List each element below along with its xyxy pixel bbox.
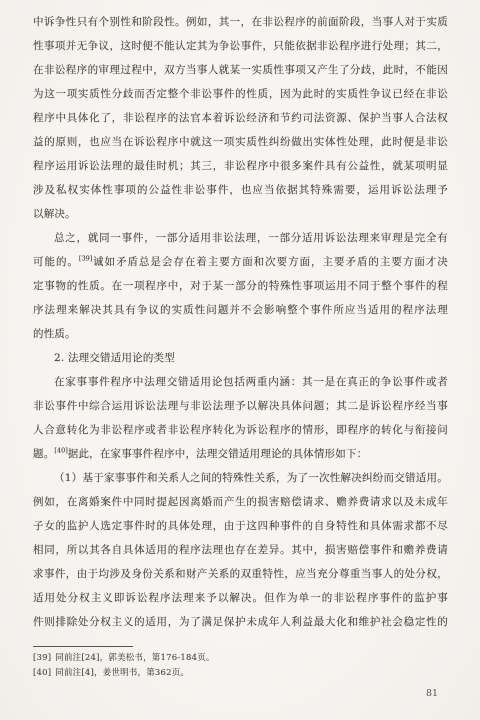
footnote-separator [33, 646, 133, 647]
footnote: [39]同前注[24]，郭美松书，第176-184页。 [33, 651, 448, 666]
text-line: 中诉争性只有个别性和阶段性。例如，其一，在非讼程序的前面阶段，当事人对于实质 [33, 10, 448, 34]
text-line: 程序中具体化了，非讼程序的法官本着诉讼经济和节约司法资源、保护当事人合法权 [33, 106, 448, 130]
text-line: 求事件，由于均涉及身份关系和财产关系的双重特性，应当充分尊重当事人的处分权， [33, 562, 448, 586]
text-line: 总之，就同一事件，一部分适用非讼法理，一部分适用诉讼法理来审理是完全有 [33, 226, 448, 250]
body-text: 中诉争性只有个别性和阶段性。例如，其一，在非讼程序的前面阶段，当事人对于实质性事… [33, 10, 448, 634]
text-line: 以解决。 [33, 202, 448, 226]
text-line: 在非讼程序的审理过程中，双方当事人就某一实质性事项又产生了分歧，此时，不能因 [33, 58, 448, 82]
text-line: 件则排除处分权主义的适用，为了满足保护未成年人利益最大化和维护社会稳定性的 [33, 610, 448, 634]
text-line: 性事项并无争议，这时便不能认定其为争讼事件，只能依据非讼程序进行处理；其二， [33, 34, 448, 58]
text-line: 程序运用诉讼法理的最佳时机；其三，非讼程序中很多案件具有公益性，就某项明显 [33, 154, 448, 178]
text-line: 适用处分权主义即诉讼程序法理来予以解决。但作为单一的非讼程序事件的监护事 [33, 586, 448, 610]
section-heading: 2. 法理交错适用论的类型 [33, 346, 448, 370]
page-number: 81 [426, 688, 438, 699]
text-line: 例如，在离婚案件中同时提起因离婚而产生的损害赔偿请求、赡养费请求以及未成年 [33, 490, 448, 514]
footnotes: [39]同前注[24]，郭美松书，第176-184页。[40]同前注[4]，姜世… [33, 651, 448, 681]
text-line: 相同，所以其各自具体适用的程序法理也存在差异。其中，损害赔偿事件和赡养费请 [33, 538, 448, 562]
text-line: 在家事事件程序中法理交错适用论包括两重内涵：其一是在真正的争讼事件或者 [33, 370, 448, 394]
text-line: 题。[40]据此，在家事事件程序中，法理交错适用理论的具体情形如下： [33, 442, 448, 466]
text-line: 可能的。[39]诚如矛盾总是会存在着主要方面和次要方面，主要矛盾的主要方面才决 [33, 250, 448, 274]
text-line: （1）基于家事事件和关系人之间的特殊性关系，为了一次性解决纠纷而交错适用。 [33, 466, 448, 490]
text-line: 序法理来解决其具有争议的实质性问题并不会影响整个事件所应当适用的程序法理 [33, 298, 448, 322]
scanned-page: 中诉争性只有个别性和阶段性。例如，其一，在非讼程序的前面阶段，当事人对于实质性事… [0, 0, 480, 720]
text-line: 非讼事件中综合运用诉讼法理与非讼法理予以解决具体问题；其二是诉讼程序经当事 [33, 394, 448, 418]
text-line: 子女的监护人选定事件时的具体处理，由于这四种事件的自身特性和具体需求都不尽 [33, 514, 448, 538]
text-line: 的性质。 [33, 322, 448, 346]
footnote: [40]同前注[4]，姜世明书，第362页。 [33, 666, 448, 681]
footnote-ref: [40] [54, 447, 67, 455]
text-line: 人合意转化为非讼程序或者非讼程序转化为诉讼程序的情形，即程序的转化与衔接问 [33, 418, 448, 442]
text-line: 定事物的性质。在一项程序中，对于某一部分的特殊性事项运用不同于整个事件的程 [33, 274, 448, 298]
text-line: 益的原则，也应当在诉讼程序中就这一项实质性纠纷做出实体性处理，此时便是非讼 [33, 130, 448, 154]
footnote-ref: [39] [79, 255, 92, 263]
text-line: 涉及私权实体性事项的公益性非讼事件，也应当依据其特殊需要，运用诉讼法理予 [33, 178, 448, 202]
text-line: 为这一项实质性分歧而否定整个非讼事件的性质，因为此时的实质性争议已经在非讼 [33, 82, 448, 106]
